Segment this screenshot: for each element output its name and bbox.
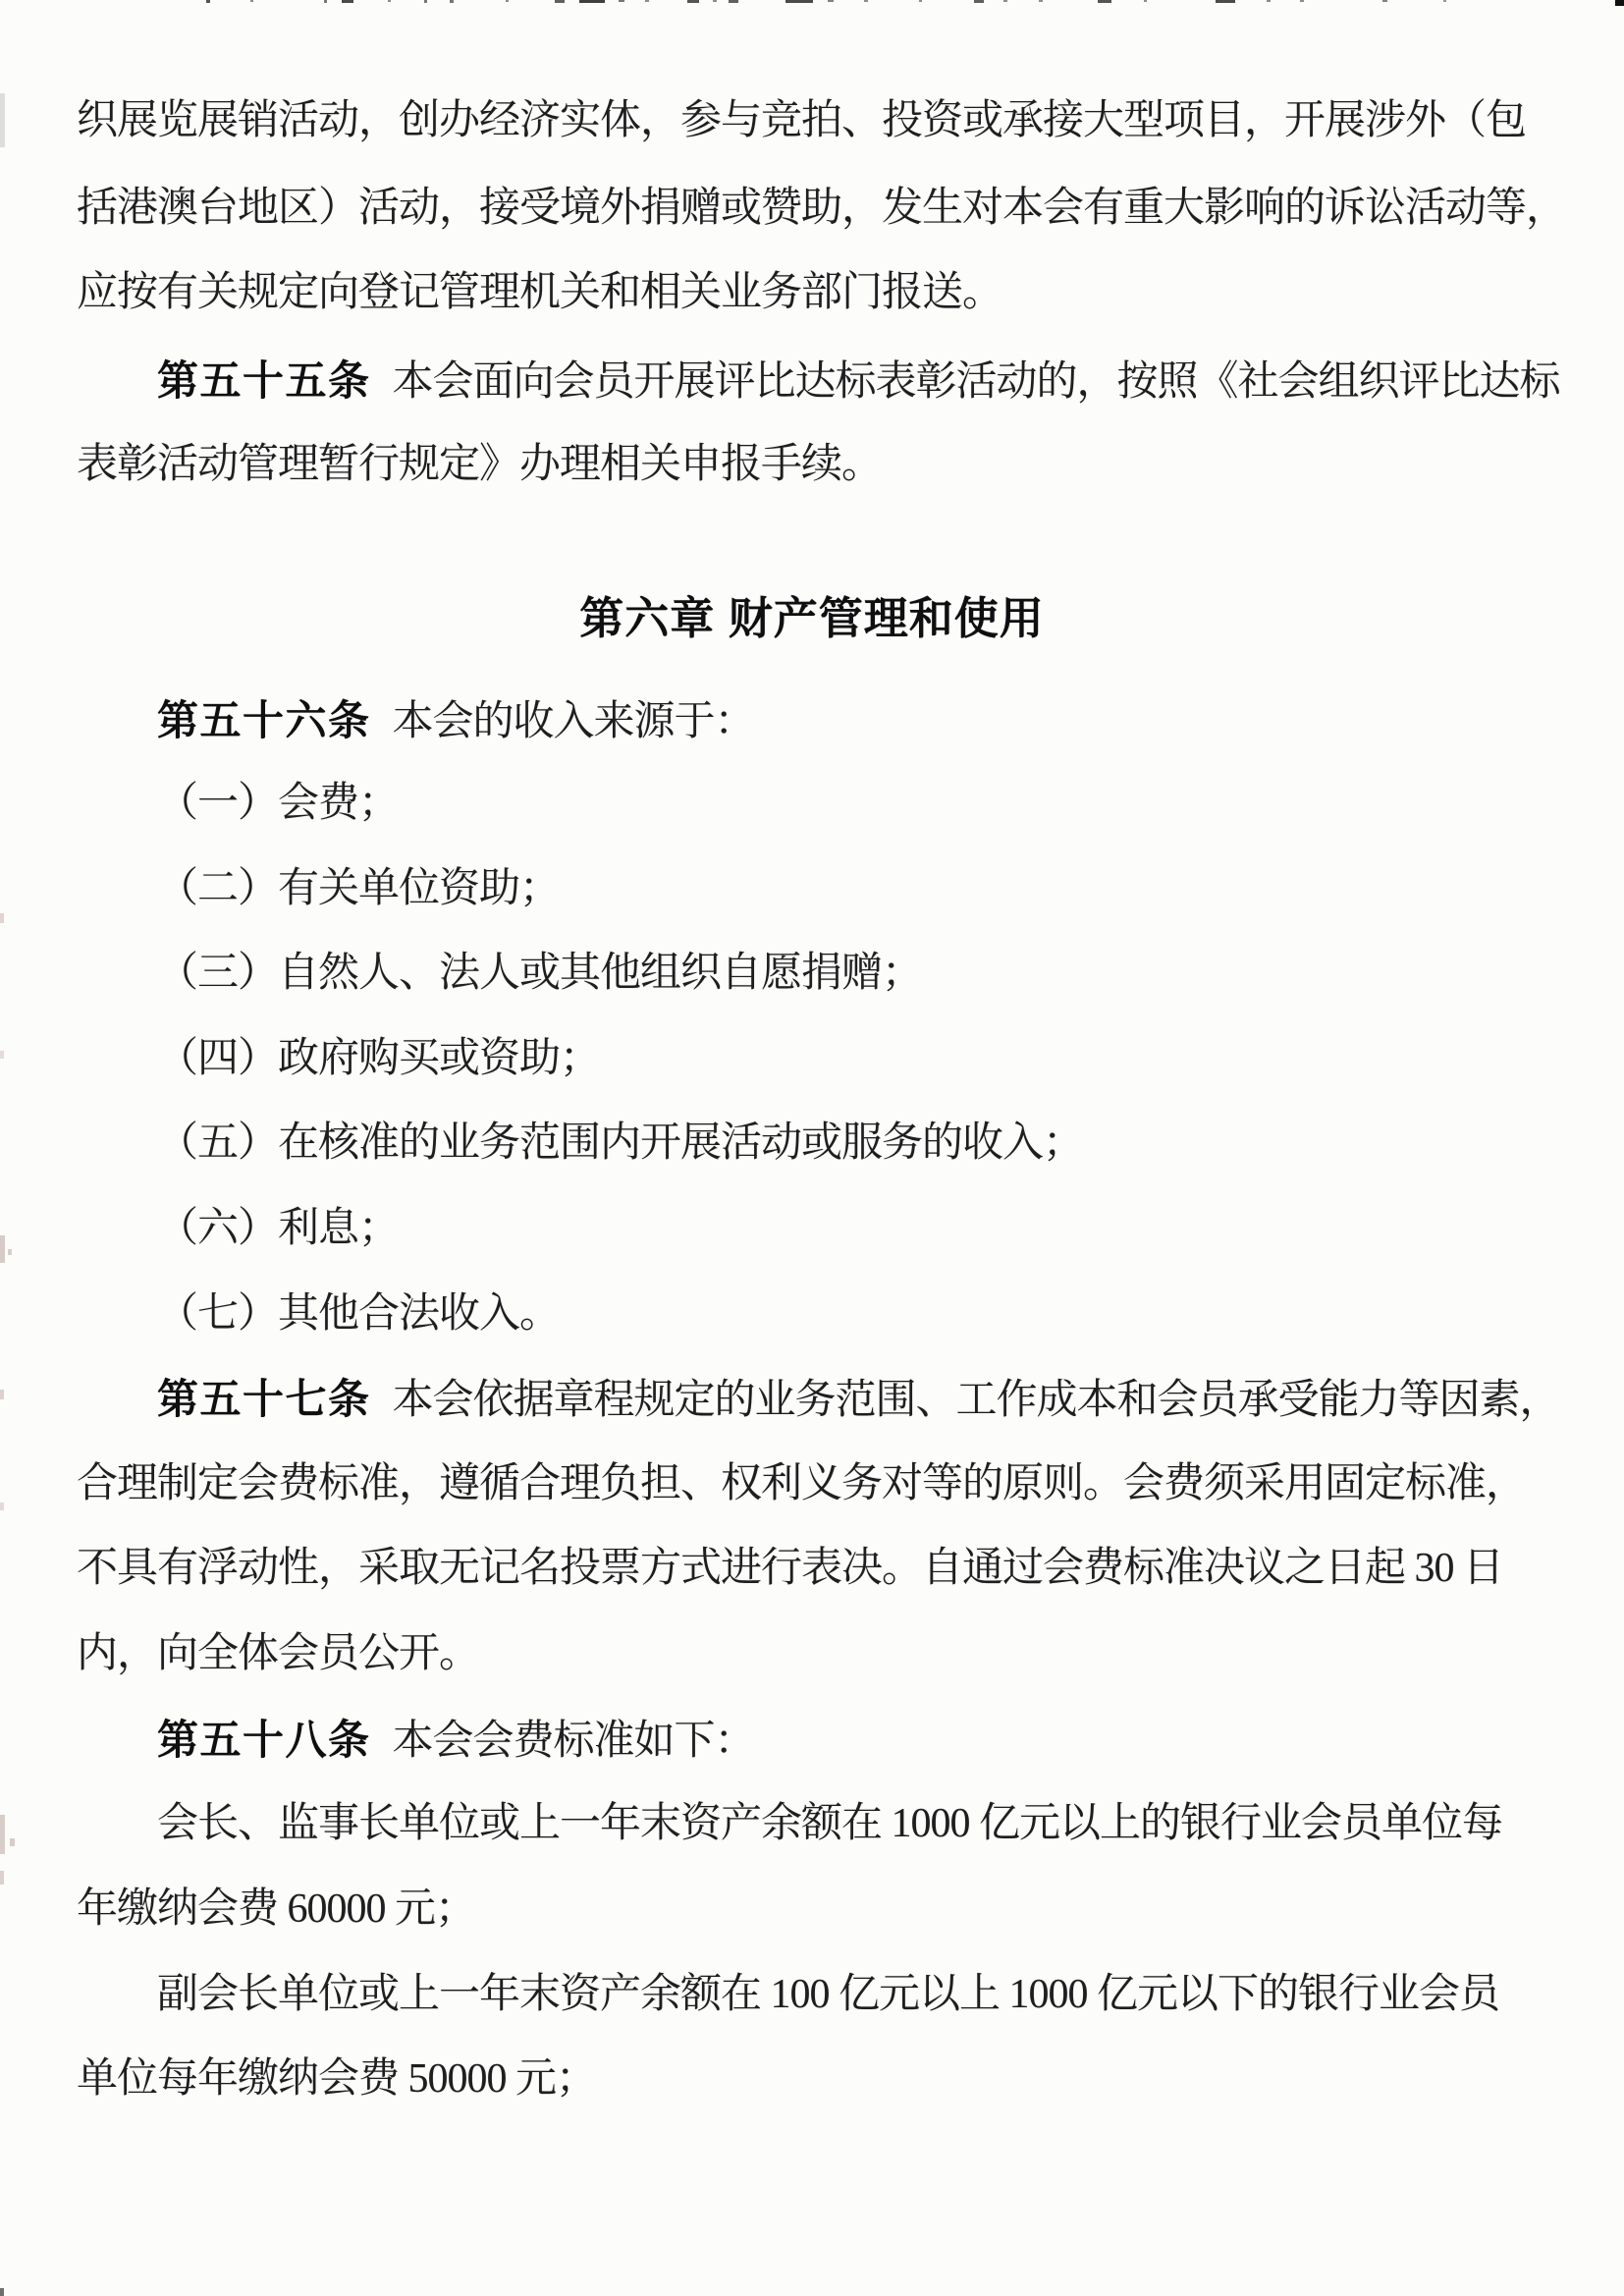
- scan-artifact: [0, 93, 5, 147]
- text-line: （三）自然人、法人或其他组织自愿捐赠；: [157, 951, 922, 997]
- scan-artifact: [1300, 0, 1304, 2]
- text-line: 织展览展销活动，创办经济实体，参与竞拍、投资或承接大型项目，开展涉外（包: [77, 98, 1526, 144]
- scan-artifact: [619, 0, 624, 2]
- scan-artifact: [424, 0, 427, 3]
- text-line: 合理制定会费标准，遵循合理负担、权利义务对等的原则。会费须采用固定标准，: [77, 1461, 1526, 1507]
- text-line: （一）会费；: [157, 781, 399, 827]
- text-line: 括港澳台地区）活动，接受境外捐赠或赞助，发生对本会有重大影响的诉讼活动等，: [77, 186, 1566, 232]
- scan-artifact: [1382, 0, 1387, 2]
- scan-artifact: [1098, 0, 1111, 3]
- scan-artifact: [1615, 0, 1624, 6]
- text-line: 不具有浮动性，采取无记名投票方式进行表决。自通过会费标准决议之日起 30 日: [77, 1546, 1503, 1592]
- text-line: （七）其他合法收入。: [157, 1291, 560, 1338]
- document-page: 织展览展销活动，创办经济实体，参与竞拍、投资或承接大型项目，开展涉外（包括港澳台…: [0, 0, 1624, 2296]
- scan-artifact: [864, 0, 868, 2]
- text-line: 表彰活动管理暂行规定》办理相关申报手续。: [77, 442, 882, 488]
- scan-artifact: [1144, 0, 1147, 2]
- article-line: 第五十六条本会的收入来源于：: [157, 697, 755, 745]
- scan-artifact: [0, 1390, 4, 1399]
- scan-artifact: [250, 0, 253, 2]
- scan-artifact: [1003, 0, 1007, 2]
- scan-artifact: [579, 0, 605, 3]
- text-line: 会长、监事长单位或上一年末资产余额在 1000 亿元以上的银行业会员单位每: [157, 1801, 1502, 1847]
- text-line: （四）政府购买或资助；: [157, 1036, 600, 1082]
- text-line: （六）利息；: [157, 1206, 399, 1252]
- scan-artifact: [8, 1249, 12, 1255]
- article-number: 第五十五条: [157, 357, 371, 404]
- scan-artifact: [785, 0, 813, 3]
- scan-artifact: [645, 0, 649, 2]
- scan-artifact: [0, 1235, 5, 1263]
- scan-artifact: [1216, 0, 1235, 3]
- scan-artifact: [919, 0, 922, 2]
- article-number: 第五十八条: [157, 1717, 371, 1763]
- scan-artifact: [729, 0, 738, 3]
- scan-artifact: [324, 0, 327, 3]
- scan-artifact: [0, 2288, 4, 2296]
- article-number: 第五十七条: [157, 1376, 371, 1422]
- scan-artifact: [506, 0, 509, 2]
- scan-artifact: [687, 0, 699, 3]
- scan-artifact: [0, 1503, 4, 1510]
- scan-artifact: [342, 0, 353, 3]
- scan-artifact: [206, 0, 210, 3]
- scan-artifact: [10, 1838, 15, 1846]
- text-line: 应按有关规定向登记管理机关和相关业务部门报送。: [77, 270, 1002, 316]
- text-line: 年缴纳会费 60000 元；: [77, 1886, 475, 1933]
- scan-artifact: [0, 1871, 4, 1885]
- scan-artifact: [0, 1815, 5, 1854]
- scan-artifact: [1039, 0, 1043, 2]
- scan-artifact: [1267, 0, 1271, 2]
- scan-artifact: [828, 0, 834, 2]
- scan-artifact: [388, 0, 391, 2]
- scan-artifact: [555, 0, 565, 3]
- article-number: 第五十六条: [157, 697, 371, 743]
- article-line: 第五十八条本会会费标准如下：: [157, 1717, 755, 1765]
- article-text: 本会的收入来源于：: [393, 699, 755, 744]
- text-line: 副会长单位或上一年末资产余额在 100 亿元以上 1000 亿元以下的银行业会员: [157, 1972, 1499, 2018]
- text-line: 内，向全体会员公开。: [77, 1631, 479, 1677]
- article-line: 第五十七条本会依据章程规定的业务范围、工作成本和会员承受能力等因素，: [157, 1376, 1560, 1424]
- text-line: （五）在核准的业务范围内开展活动或服务的收入；: [157, 1121, 1083, 1167]
- article-text: 本会依据章程规定的业务范围、工作成本和会员承受能力等因素，: [393, 1378, 1560, 1423]
- scan-artifact: [713, 0, 717, 2]
- scan-artifact: [1443, 0, 1446, 2]
- scan-artifact: [450, 0, 454, 3]
- text-line: 单位每年缴纳会费 50000 元；: [77, 2056, 596, 2103]
- article-text: 本会面向会员开展评比达标表彰活动的，按照《社会组织评比达标: [393, 359, 1560, 405]
- chapter-heading: 第六章 财产管理和使用: [0, 594, 1624, 643]
- scan-artifact: [0, 913, 4, 923]
- scan-artifact: [0, 1051, 4, 1059]
- article-line: 第五十五条本会面向会员开展评比达标表彰活动的，按照《社会组织评比达标: [157, 357, 1560, 406]
- text-line: （二）有关单位资助；: [157, 866, 560, 912]
- scan-artifact: [974, 0, 984, 3]
- article-text: 本会会费标准如下：: [393, 1719, 755, 1764]
